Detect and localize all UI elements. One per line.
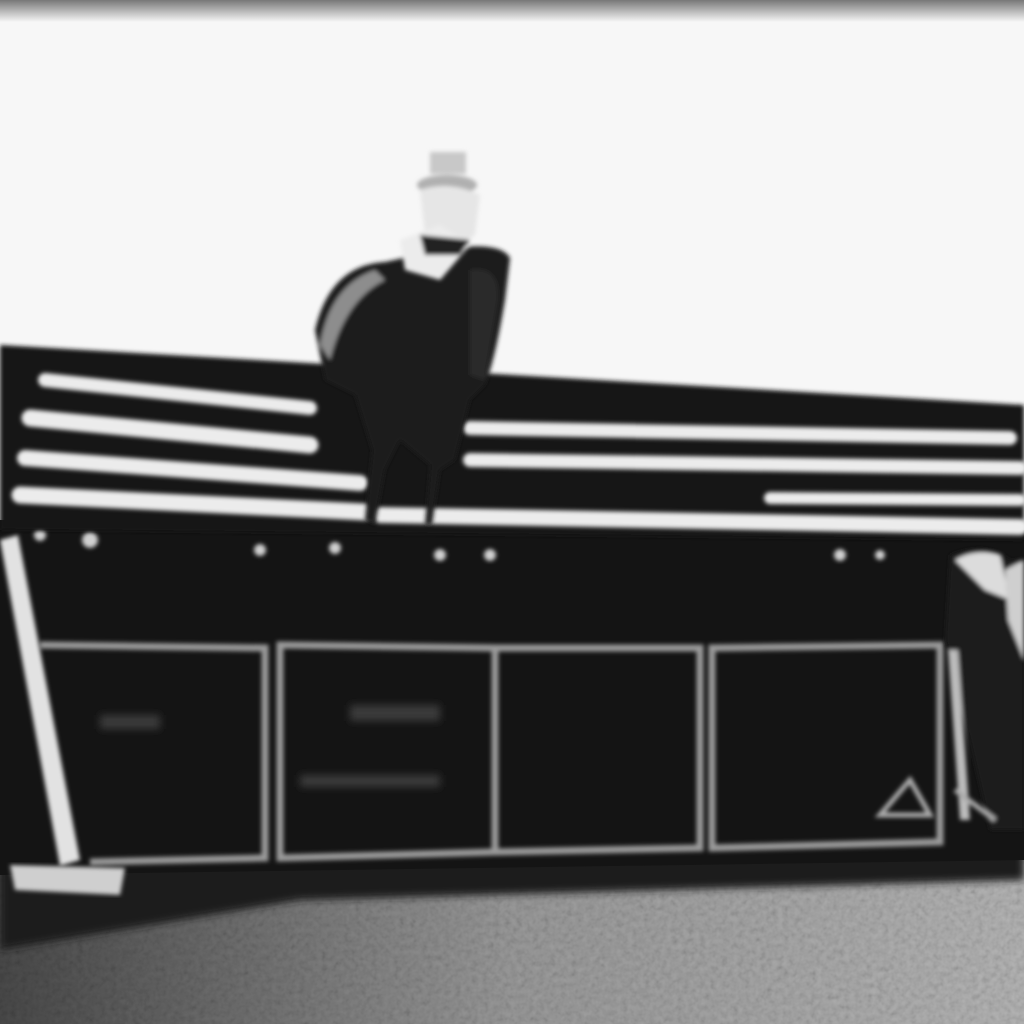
fence-rail [470,428,1010,438]
top-border-fade [0,0,1024,22]
ground [0,850,1024,1024]
post-base [10,865,125,895]
photograph [0,0,1024,1024]
wall [0,520,1024,875]
